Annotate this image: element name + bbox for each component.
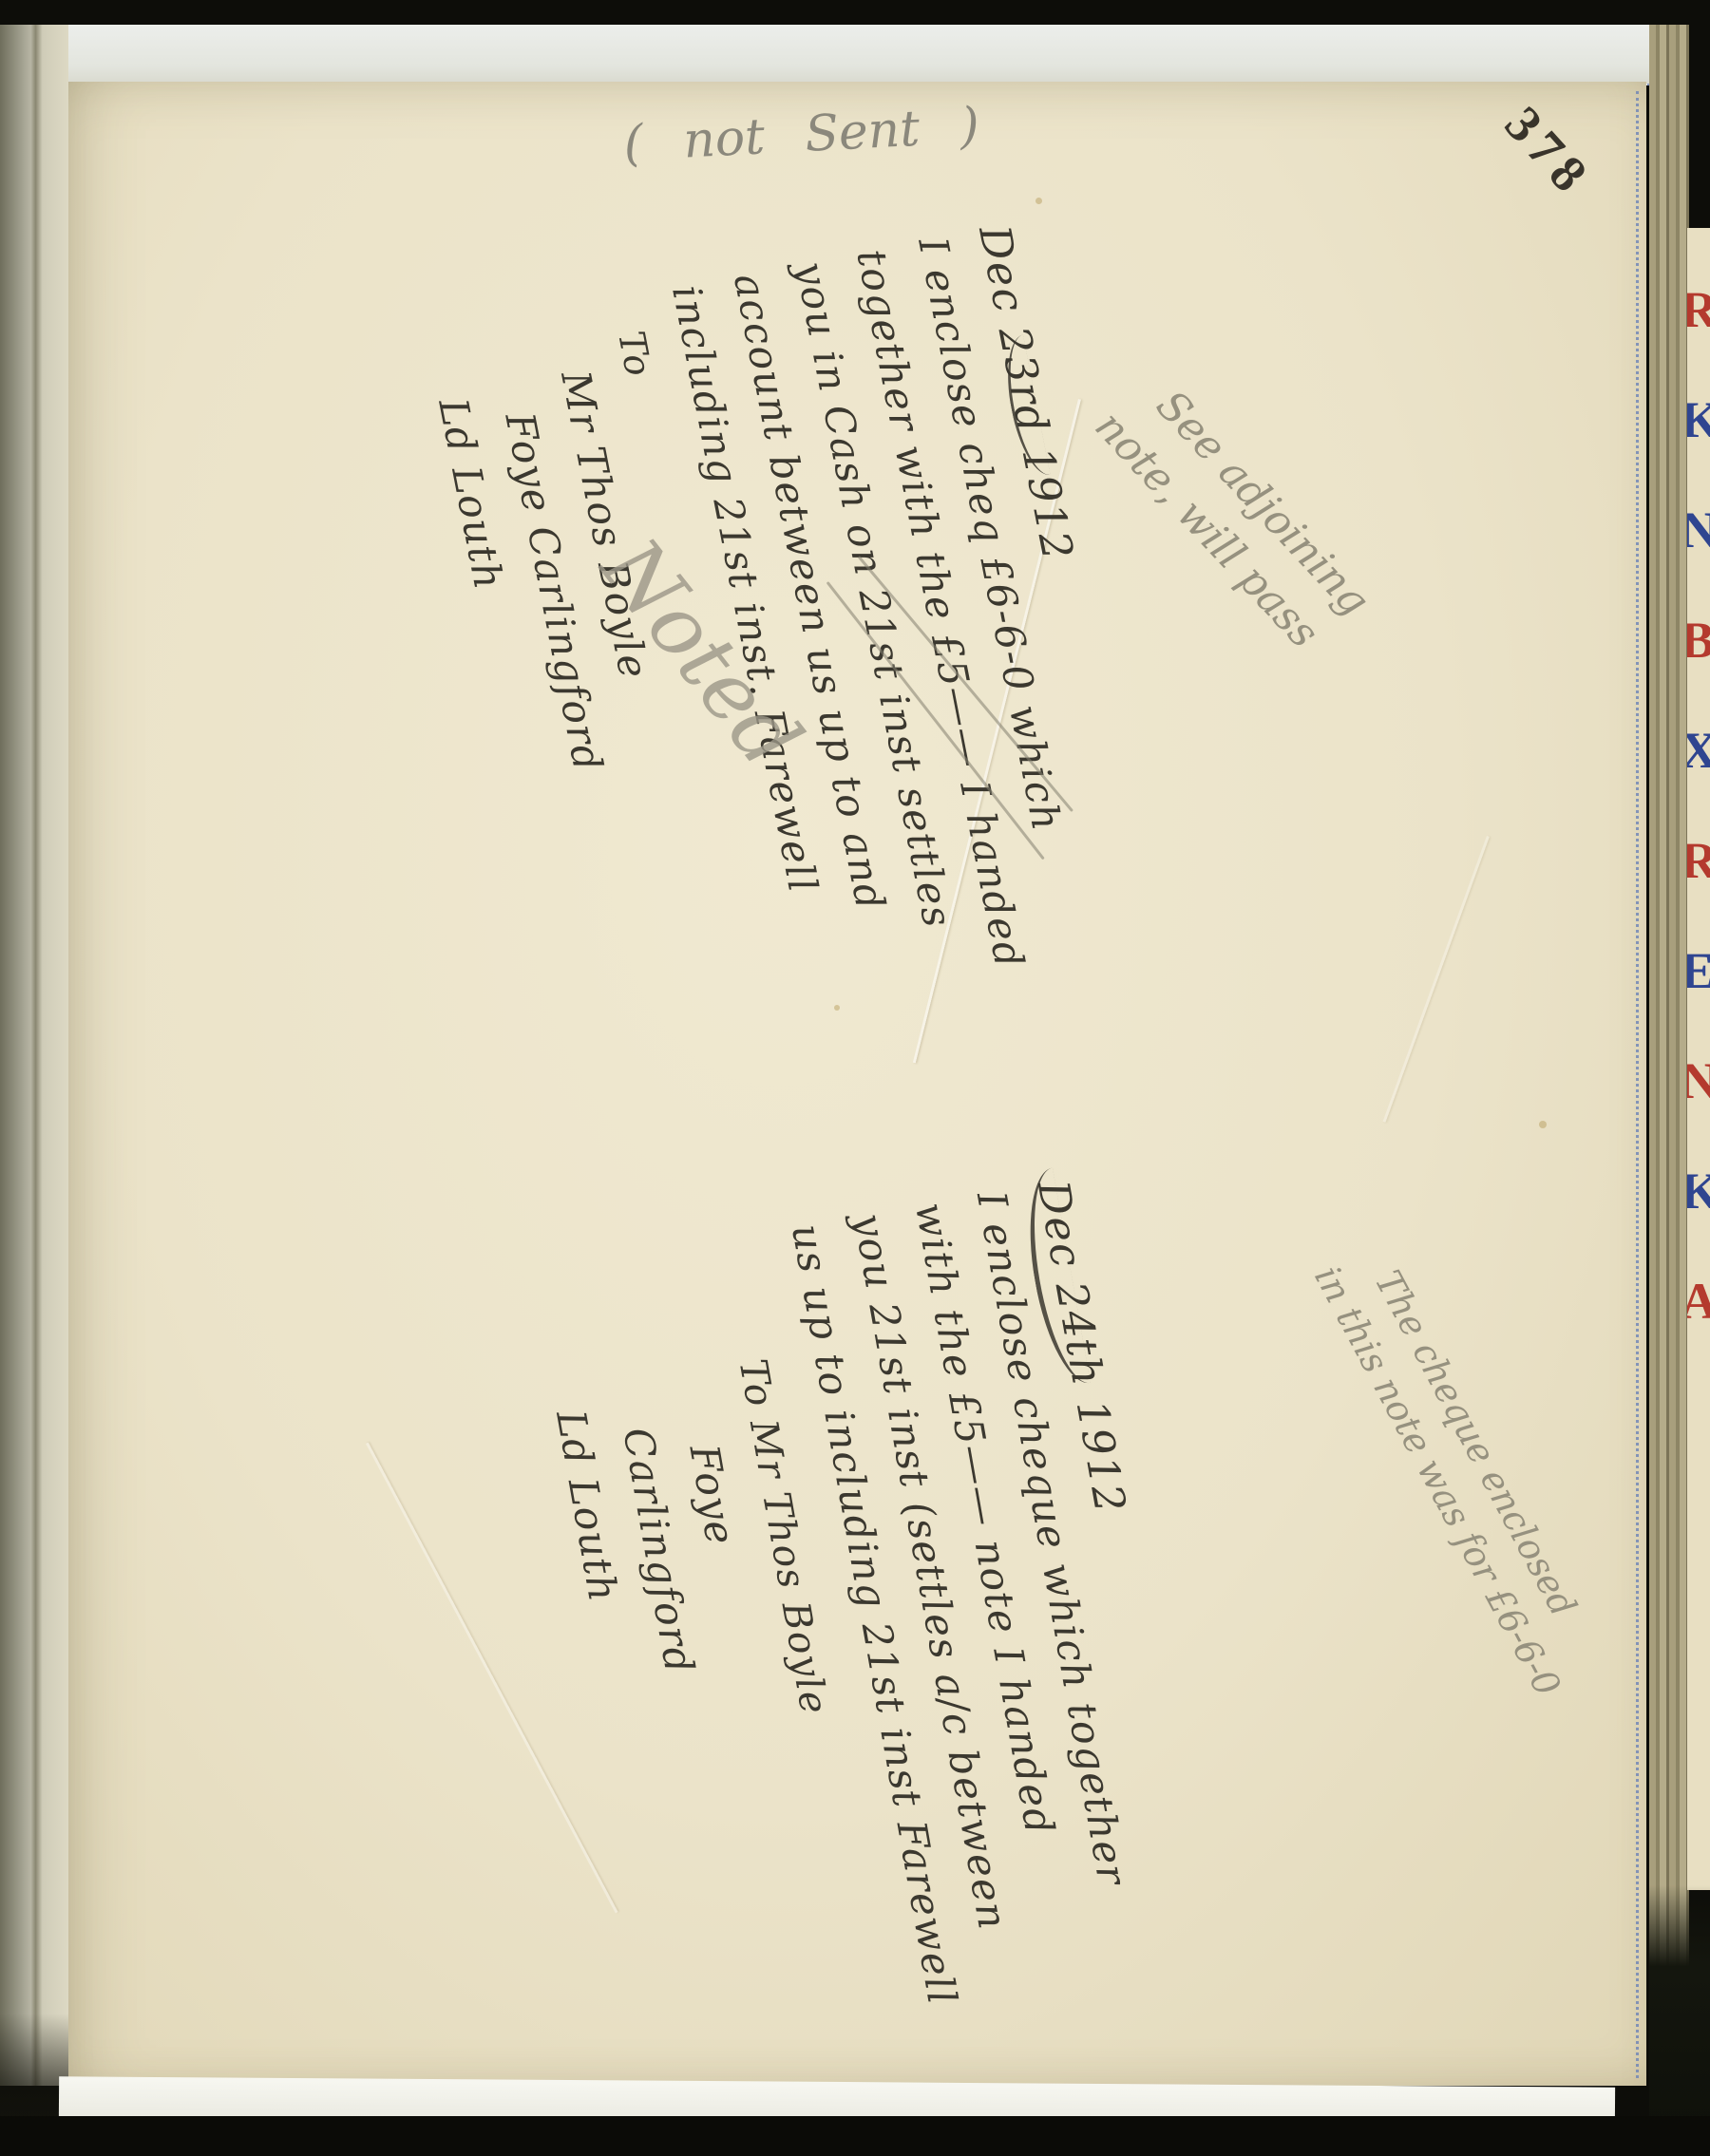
spine-glyph: R bbox=[1687, 281, 1710, 338]
spine-glyph: N bbox=[1687, 501, 1710, 558]
spine-glyph: R bbox=[1687, 832, 1710, 889]
page-edges-top bbox=[13, 25, 1653, 85]
spine-glyph: B bbox=[1687, 612, 1710, 669]
book-gutter-edge bbox=[0, 25, 68, 2086]
scanned-letterbook-page: 378 ( not Sent ) See adjoining note, wil… bbox=[0, 0, 1710, 2156]
spine-glyph: K bbox=[1687, 391, 1710, 448]
facing-page-pattern-strip: R K N B X R E N K A bbox=[1687, 228, 1710, 1890]
foxing-spot bbox=[1539, 1121, 1547, 1128]
spine-glyph: X bbox=[1687, 722, 1710, 779]
stacked-page-edges bbox=[1649, 25, 1689, 2156]
spine-glyph: N bbox=[1687, 1052, 1710, 1109]
spine-glyph: K bbox=[1687, 1163, 1710, 1220]
foxing-spot bbox=[1035, 198, 1042, 204]
foxing-spot bbox=[834, 1005, 840, 1011]
stitch-dotted-line bbox=[1636, 91, 1639, 2078]
spine-glyph: E bbox=[1687, 942, 1710, 999]
spine-glyph: A bbox=[1687, 1273, 1710, 1330]
cover-bottom bbox=[0, 2116, 1710, 2156]
